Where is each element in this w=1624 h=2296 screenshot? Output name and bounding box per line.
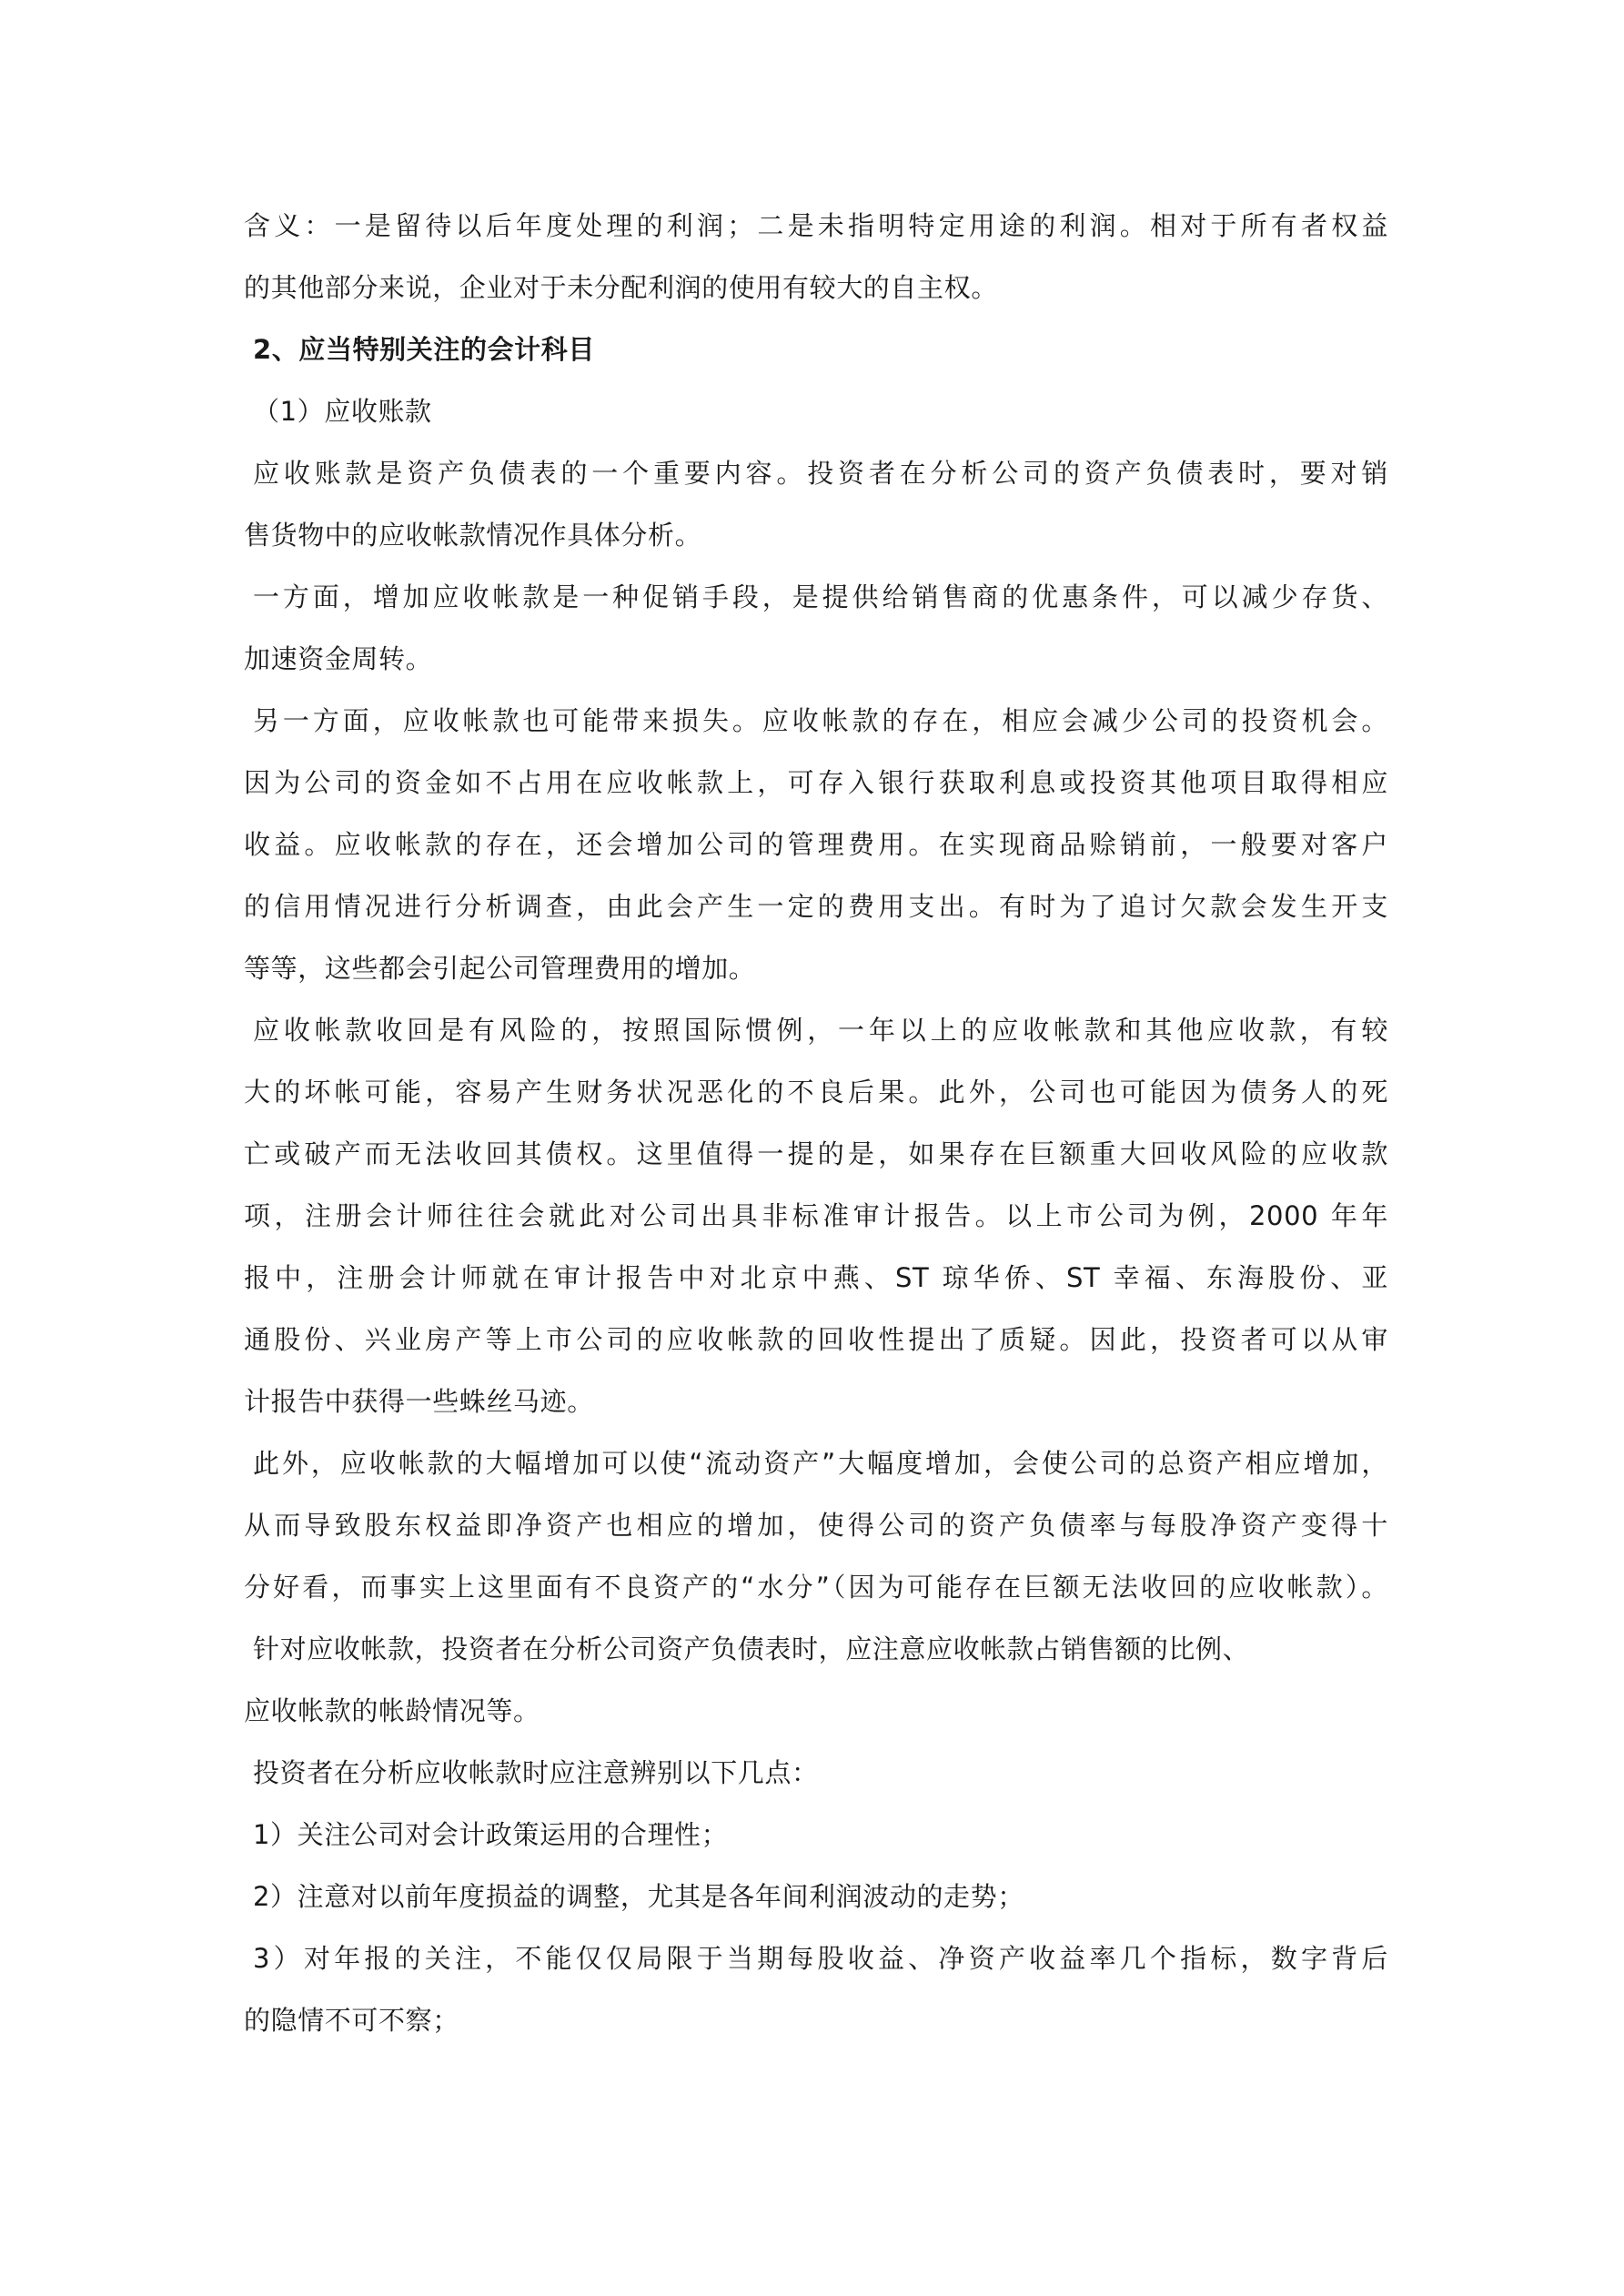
text-line: 应收帐款的帐龄情况等。 — [244, 1680, 1388, 1742]
text-line: 针对应收帐款，投资者在分析公司资产负债表时，应注意应收帐款占销售额的比例、 — [244, 1618, 1388, 1680]
text-line: 的信用情况进行分析调查，由此会产生一定的费用支出。有时为了追讨欠款会发生开支 — [244, 875, 1388, 937]
text-line: 从而导致股东权益即净资产也相应的增加，使得公司的资产负债率与每股净资产变得十 — [244, 1494, 1388, 1556]
text-line: 含义：一是留待以后年度处理的利润；二是未指明特定用途的利润。相对于所有者权益 — [244, 195, 1388, 257]
text-line: 加速资金周转。 — [244, 628, 1388, 690]
text-line: 等等，这些都会引起公司管理费用的增加。 — [244, 937, 1388, 999]
text-line: 报中，注册会计师就在审计报告中对北京中燕、ST 琼华侨、ST 幸福、东海股份、亚 — [244, 1247, 1388, 1309]
subsection-heading: （1）应收账款 — [244, 380, 1388, 442]
document-page: 含义：一是留待以后年度处理的利润；二是未指明特定用途的利润。相对于所有者权益 的… — [244, 195, 1388, 2051]
text-line: 的其他部分来说，企业对于未分配利润的使用有较大的自主权。 — [244, 257, 1388, 319]
text-line: 项，注册会计师往往会就此对公司出具非标准审计报告。以上市公司为例，2000 年年 — [244, 1185, 1388, 1247]
text-line: 的隐情不可不察； — [244, 1989, 1388, 2051]
section-heading: 2、应当特别关注的会计科目 — [244, 319, 1388, 380]
text-line: 亡或破产而无法收回其债权。这里值得一提的是，如果存在巨额重大回收风险的应收款 — [244, 1123, 1388, 1185]
text-line: 分好看，而事实上这里面有不良资产的“水分”（因为可能存在巨额无法收回的应收帐款）… — [244, 1556, 1388, 1618]
text-line: 应收帐款收回是有风险的，按照国际惯例，一年以上的应收帐款和其他应收款，有较 — [244, 999, 1388, 1061]
list-item: 1）关注公司对会计政策运用的合理性； — [244, 1804, 1388, 1866]
text-line: 另一方面，应收帐款也可能带来损失。应收帐款的存在，相应会减少公司的投资机会。 — [244, 690, 1388, 752]
text-line: 计报告中获得一些蛛丝马迹。 — [244, 1371, 1388, 1432]
text-line: 收益。应收帐款的存在，还会增加公司的管理费用。在实现商品赊销前，一般要对客户 — [244, 814, 1388, 875]
text-line: 大的坏帐可能，容易产生财务状况恶化的不良后果。此外，公司也可能因为债务人的死 — [244, 1061, 1388, 1123]
text-line: 通股份、兴业房产等上市公司的应收帐款的回收性提出了质疑。因此，投资者可以从审 — [244, 1309, 1388, 1371]
list-item: 3）对年报的关注，不能仅仅局限于当期每股收益、净资产收益率几个指标，数字背后 — [244, 1927, 1388, 1989]
text-line: 因为公司的资金如不占用在应收帐款上，可存入银行获取利息或投资其他项目取得相应 — [244, 752, 1388, 814]
text-line: 投资者在分析应收帐款时应注意辨别以下几点： — [244, 1742, 1388, 1804]
list-item: 2）注意对以前年度损益的调整，尤其是各年间利润波动的走势； — [244, 1866, 1388, 1927]
text-line: 此外，应收帐款的大幅增加可以使“流动资产”大幅度增加，会使公司的总资产相应增加， — [244, 1432, 1388, 1494]
text-line: 应收账款是资产负债表的一个重要内容。投资者在分析公司的资产负债表时，要对销 — [244, 442, 1388, 504]
text-line: 售货物中的应收帐款情况作具体分析。 — [244, 504, 1388, 566]
text-line: 一方面，增加应收帐款是一种促销手段，是提供给销售商的优惠条件，可以减少存货、 — [244, 566, 1388, 628]
